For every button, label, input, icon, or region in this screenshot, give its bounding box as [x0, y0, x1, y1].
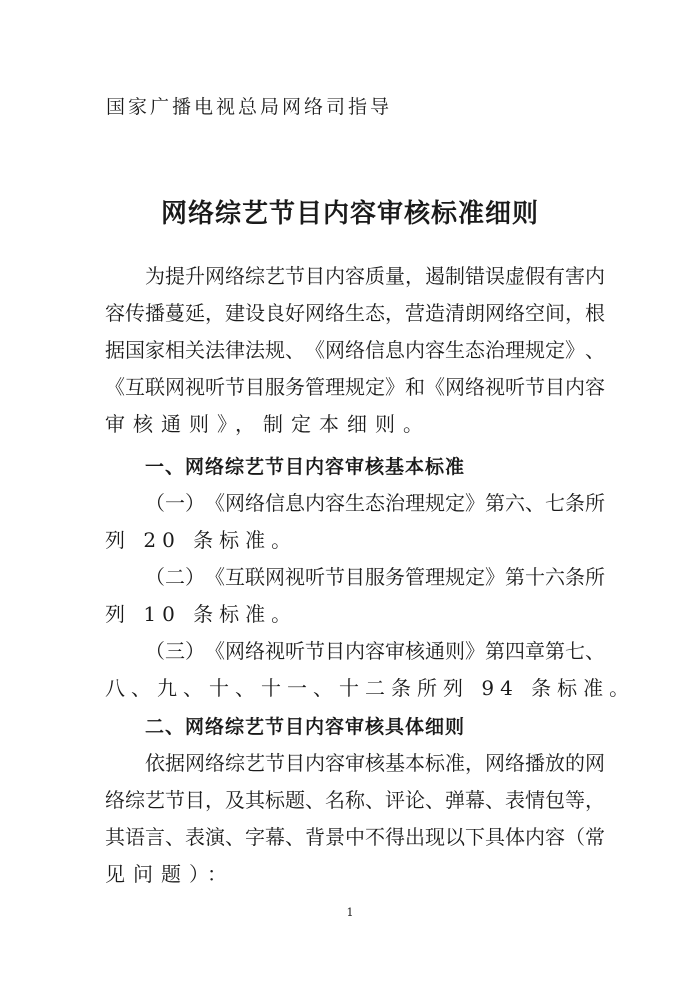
intro-line-2: 容传播蔓延，建设良好网络生态，营造清朗网络空间，根: [105, 299, 585, 327]
section-1-item-1-line-2: 列 20 条标准。: [105, 526, 297, 554]
intro-line-3: 据国家相关法律法规、《网络信息内容生态治理规定》、: [105, 336, 585, 364]
section-1-item-3-line-2: 八、九、十、十一、十二条所列 94 条标准。: [105, 674, 635, 702]
intro-line-1: 为提升网络综艺节目内容质量，遏制错误虚假有害内: [145, 262, 585, 290]
section-1-heading: 一、网络综艺节目内容审核基本标准: [145, 452, 465, 479]
document-title: 网络综艺节目内容审核标准细则: [0, 193, 700, 230]
intro-line-5: 审核通则》，制定本细则。: [105, 410, 431, 438]
document-page: 国家广播电视总局网络司指导 网络综艺节目内容审核标准细则 为提升网络综艺节目内容…: [0, 0, 700, 989]
section-2-line-3: 其语言、表演、字幕、背景中不得出现以下具体内容（常: [105, 823, 585, 851]
section-1-item-3-line-1: （三）《网络视听节目内容审核通则》第四章第七、: [145, 637, 585, 665]
section-1-item-2-line-2: 列 10 条标准。: [105, 600, 297, 628]
section-2-line-1: 依据网络综艺节目内容审核基本标准，网络播放的网: [145, 749, 585, 777]
header-note: 国家广播电视总局网络司指导: [106, 92, 392, 119]
section-2-line-4: 见问题）：: [105, 860, 235, 888]
section-2-heading: 二、网络综艺节目内容审核具体细则: [145, 712, 465, 739]
intro-line-4: 《互联网视听节目服务管理规定》和《网络视听节目内容: [105, 373, 585, 401]
section-1-item-2-line-1: （二）《互联网视听节目服务管理规定》第十六条所: [145, 563, 585, 591]
section-2-line-2: 络综艺节目，及其标题、名称、评论、弹幕、表情包等，: [105, 786, 585, 814]
section-1-item-1-line-1: （一）《网络信息内容生态治理规定》第六、七条所: [145, 489, 585, 517]
page-number: 1: [0, 906, 700, 919]
